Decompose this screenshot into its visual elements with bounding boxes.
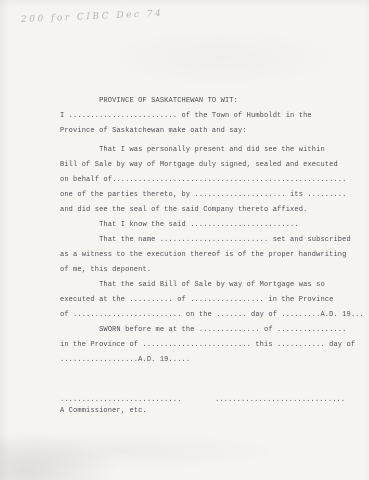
- affidavit-body: PROVINCE OF SASKATCHEWAN TO WIT:I ......…: [60, 94, 352, 416]
- document-line: Bill of Sale by way of Mortgage duly sig…: [60, 158, 352, 173]
- scanned-document-page: 200 for CIBC Dec 74 PROVINCE OF SASKATCH…: [0, 0, 369, 480]
- document-line: executed at the .......... of ..........…: [60, 293, 352, 308]
- commissioner-signature-block: ............................A Commission…: [60, 395, 215, 416]
- document-line: in the Province of .....................…: [60, 338, 352, 353]
- handwritten-annotation: 200 for CIBC Dec 74: [21, 9, 164, 25]
- document-line: ..................A.D. 19.....: [60, 353, 352, 368]
- document-line: SWORN before me at the .............. of…: [60, 323, 352, 338]
- document-line: PROVINCE OF SASKATCHEWAN TO WIT:: [60, 94, 352, 109]
- signature-area: ............................A Commission…: [60, 395, 352, 416]
- document-line: as a witness to the execution thereof is…: [60, 248, 352, 263]
- document-line: That the name ......................... …: [60, 233, 352, 248]
- commissioner-signature-line: ............................: [60, 395, 215, 405]
- commissioner-label: A Commissioner, etc.: [60, 406, 215, 416]
- document-line: That the said Bill of Sale by way of Mor…: [60, 278, 352, 293]
- document-line: I ......................... of the Town …: [60, 109, 352, 124]
- document-line: of ......................... on the ....…: [60, 308, 352, 323]
- document-line: That I was personally present and did se…: [60, 143, 352, 158]
- document-line: That I know the said ...................…: [60, 218, 352, 233]
- deponent-signature-line: ..............................: [215, 395, 345, 416]
- document-line: one of the parties thereto, by .........…: [60, 188, 352, 203]
- document-line: Province of Saskatchewan make oath and s…: [60, 124, 352, 139]
- document-line: and did see the seal of the said Company…: [60, 203, 352, 218]
- document-line: of me, this deponent.: [60, 263, 352, 278]
- document-line: on behalf of............................…: [60, 173, 352, 188]
